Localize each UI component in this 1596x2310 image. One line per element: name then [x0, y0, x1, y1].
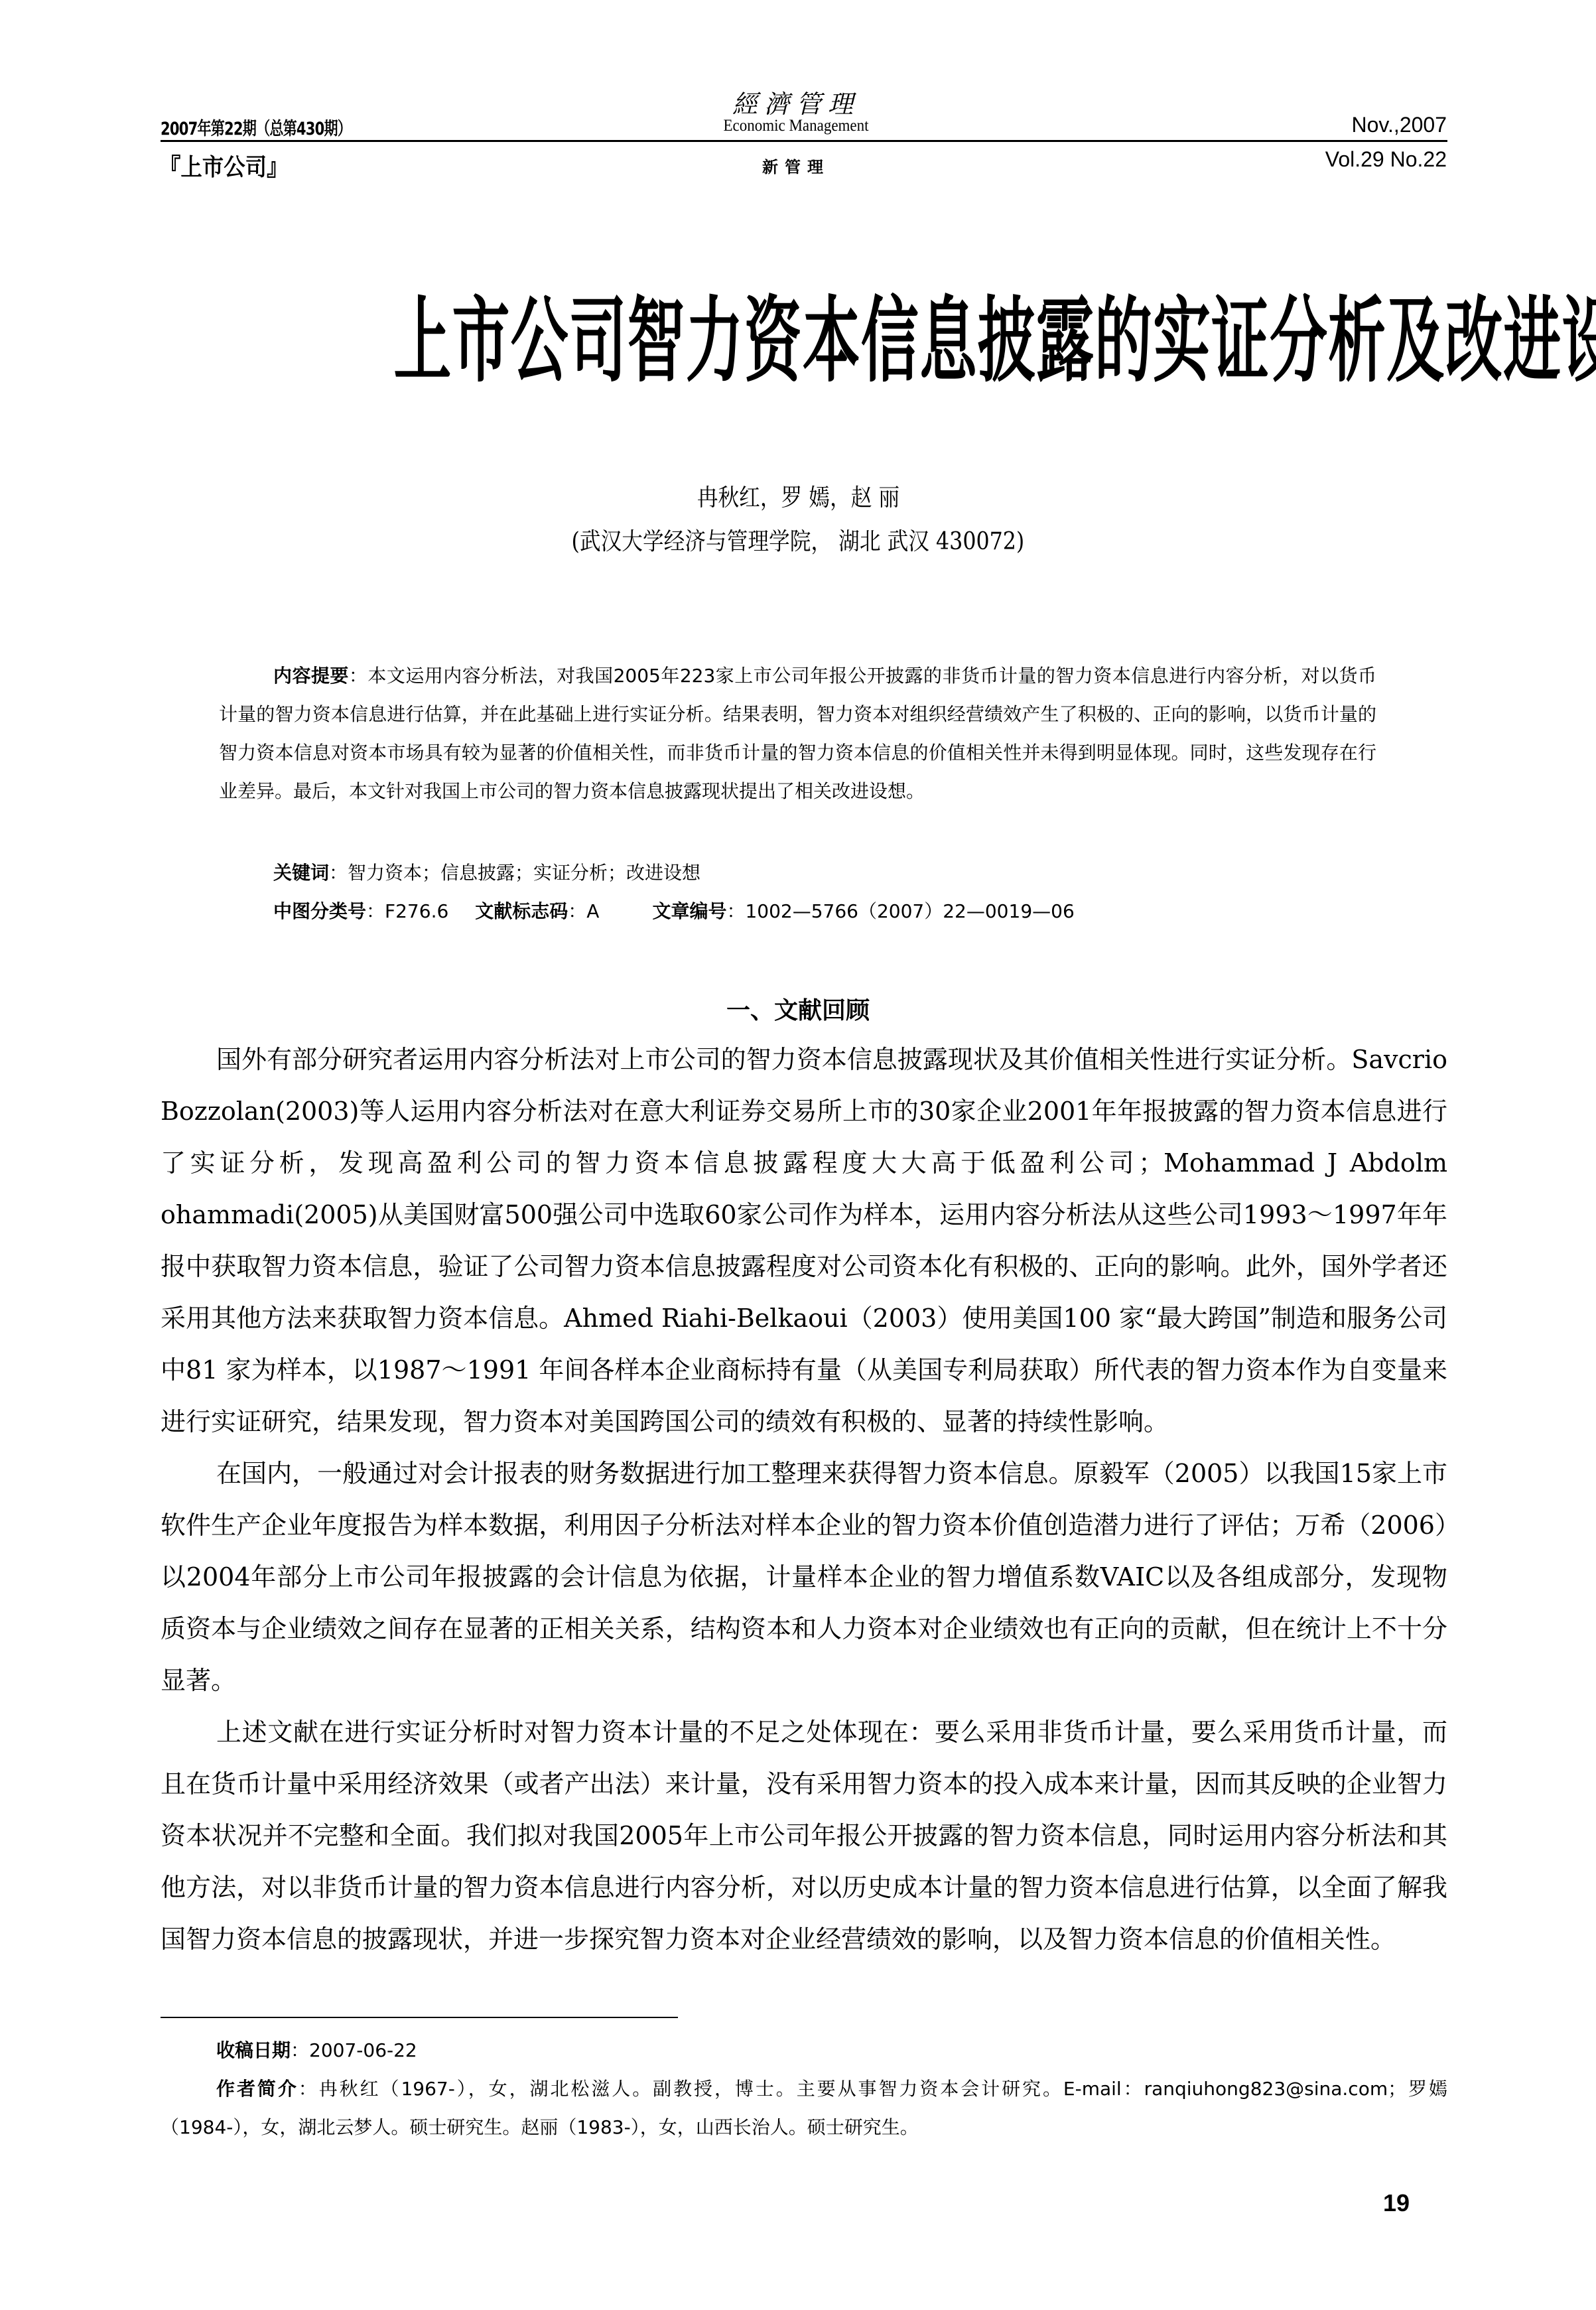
doc-code-value: ：A: [568, 900, 599, 922]
volume-number: Vol.29 No.22: [1325, 147, 1447, 172]
section-heading: 一、文献回顾: [0, 992, 1596, 1026]
classification-line: 中图分类号：F276.6文献标志码：A文章编号：1002—5766（2007）2…: [273, 897, 1075, 923]
journal-logo: 經濟管理: [663, 84, 929, 120]
keywords-text: ：智力资本；信息披露；实证分析；改进设想: [329, 862, 700, 884]
issue-info: 2007年第22期（总第430期）: [161, 114, 351, 140]
article-title-text: 上市公司智力资本信息披露的实证分析及改进设想: [394, 285, 1596, 398]
received-label: 收稿日期: [216, 2039, 291, 2061]
section-label: 新管理: [663, 154, 929, 177]
affiliation-text: (武汉大学经济与管理学院， 湖北 武汉 430072): [572, 523, 1025, 557]
authors: 冉秋红，罗 嫣，赵 丽: [0, 479, 1596, 513]
clc-label: 中图分类号: [273, 900, 366, 922]
article-no-value: ：1002—5766（2007）22—0019—06: [726, 900, 1074, 922]
article-no-label: 文章编号: [652, 900, 726, 922]
received-date: 收稿日期：2007-06-22: [161, 2031, 1447, 2070]
keywords-label: 关键词: [273, 862, 329, 884]
footnote-divider: [161, 2017, 678, 2018]
abstract-paragraph: 内容提要：本文运用内容分析法，对我国2005年223家上市公司年报公开披露的非货…: [219, 657, 1376, 811]
journal-name-en: Economic Management: [674, 117, 918, 135]
issue-date: Nov.,2007: [1352, 113, 1447, 137]
abstract-label: 内容提要: [273, 665, 349, 687]
doc-code-label: 文献标志码: [475, 900, 568, 922]
body-paragraph: 上述文献在进行实证分析时对智力资本计量的不足之处体现在：要么采用非货币计量，要么…: [161, 1706, 1447, 1965]
authors-text: 冉秋红，罗 嫣，赵 丽: [697, 479, 899, 513]
article-title: 上市公司智力资本信息披露的实证分析及改进设想: [0, 285, 1596, 398]
author-bio: 作者简介：冉秋红（1967-），女，湖北松滋人。副教授，博士。主要从事智力资本会…: [161, 2070, 1447, 2147]
affiliation: (武汉大学经济与管理学院， 湖北 武汉 430072): [0, 523, 1596, 557]
abstract: 内容提要：本文运用内容分析法，对我国2005年223家上市公司年报公开披露的非货…: [219, 657, 1376, 811]
body-paragraph: 在国内，一般通过对会计报表的财务数据进行加工整理来获得智力资本信息。原毅军（20…: [161, 1448, 1447, 1706]
received-value: ：2007-06-22: [291, 2039, 417, 2061]
abstract-text: ：本文运用内容分析法，对我国2005年223家上市公司年报公开披露的非货币计量的…: [219, 665, 1376, 802]
keywords-line: 关键词：智力资本；信息披露；实证分析；改进设想: [273, 858, 700, 885]
body-paragraph: 国外有部分研究者运用内容分析法对上市公司的智力资本信息披露现状及其价值相关性进行…: [161, 1034, 1447, 1448]
column-label: 『上市公司』: [159, 149, 288, 182]
bio-text: ：冉秋红（1967-），女，湖北松滋人。副教授，博士。主要从事智力资本会计研究。…: [161, 2078, 1447, 2138]
page-number: 19: [1383, 2189, 1410, 2217]
body-text: 国外有部分研究者运用内容分析法对上市公司的智力资本信息披露现状及其价值相关性进行…: [161, 1034, 1447, 1965]
header-divider: [161, 140, 1447, 142]
bio-label: 作者简介: [216, 2078, 299, 2100]
footnote: 收稿日期：2007-06-22 作者简介：冉秋红（1967-），女，湖北松滋人。…: [161, 2031, 1447, 2147]
clc-value: ：F276.6: [366, 900, 448, 922]
